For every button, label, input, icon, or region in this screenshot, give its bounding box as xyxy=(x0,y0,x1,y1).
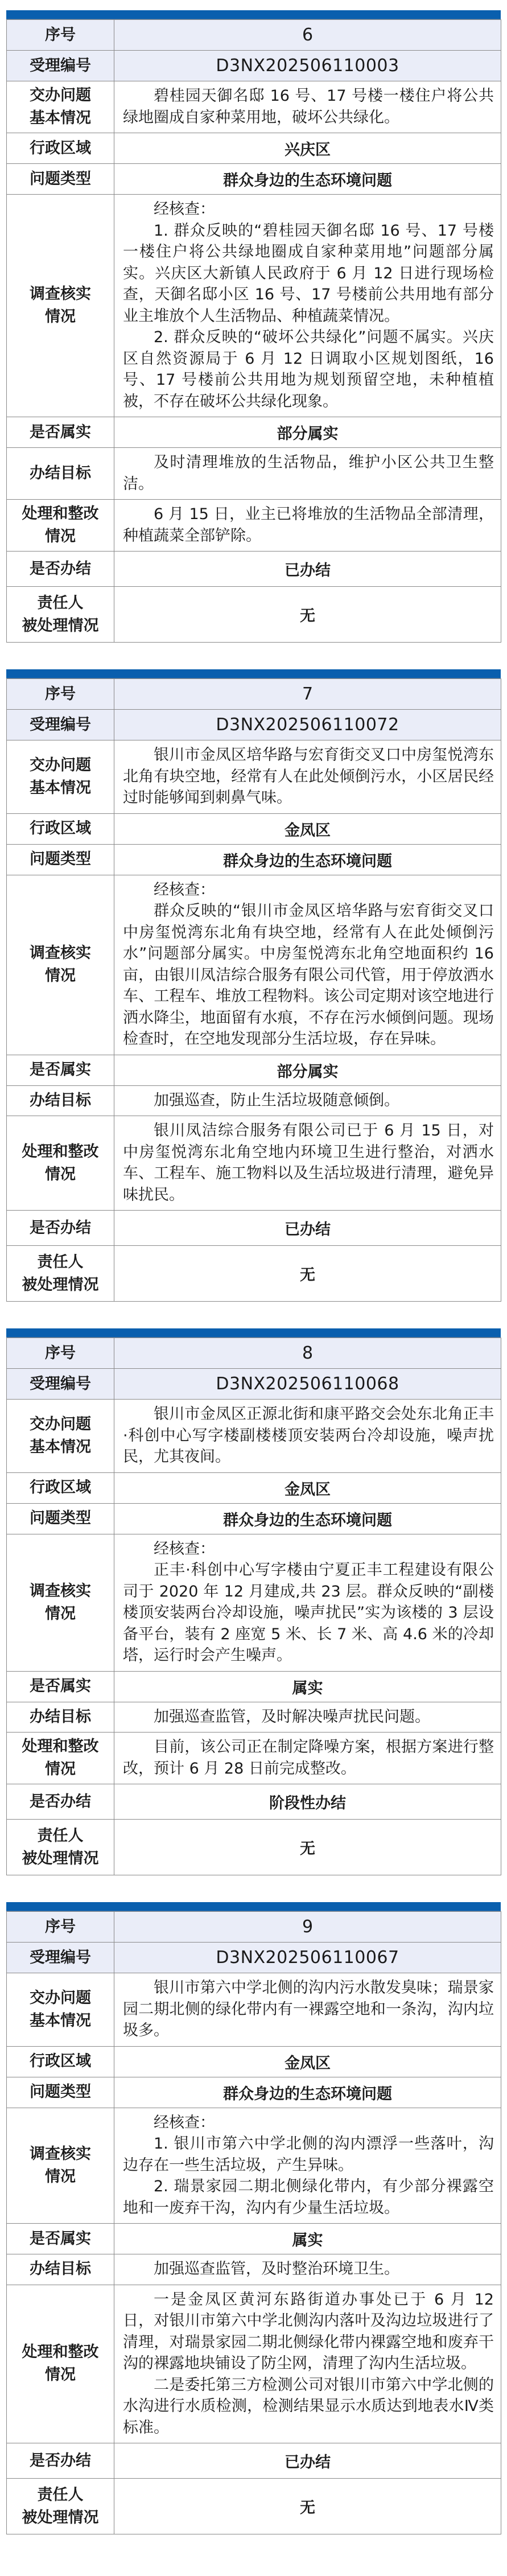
value-target: 及时清理堆放的生活物品，维护小区公共卫生整洁。 xyxy=(114,448,501,500)
value-verified: 部分属实 xyxy=(114,1055,501,1085)
record-header-bar xyxy=(6,10,501,19)
label-investigation-line1: 调查核实 xyxy=(7,942,114,965)
row-case-no: 受理编号 D3NX202506110068 xyxy=(7,1369,501,1400)
paragraph: 2. 群众反映的“破坏公共绿化”问题不属实。兴庆区自然资源局于 6 月 12 日… xyxy=(123,327,494,412)
paragraph: 经核查： xyxy=(123,199,494,220)
row-handling: 处理和整改 情况 银川凤洁综合服务有限公司已于 6 月 15 日，对中房玺悦湾东… xyxy=(7,1116,501,1211)
label-issue-line2: 基本情况 xyxy=(7,107,114,130)
row-serial: 序号 9 xyxy=(7,1912,501,1943)
value-closed: 已办结 xyxy=(114,552,501,587)
label-verified: 是否属实 xyxy=(7,2224,114,2254)
value-district: 兴庆区 xyxy=(114,133,501,164)
paragraph: 加强巡查，防止生活垃圾随意倾倒。 xyxy=(123,1090,494,1112)
row-district: 行政区域 金凤区 xyxy=(7,1472,501,1503)
label-serial: 序号 xyxy=(7,20,114,51)
paragraph: 加强巡查监管，及时解决噪声扰民问题。 xyxy=(123,1706,494,1728)
label-case-no: 受理编号 xyxy=(7,1369,114,1400)
label-handling-line2: 情况 xyxy=(7,1758,114,1781)
value-case-no: D3NX202506110068 xyxy=(114,1369,501,1400)
label-investigation: 调查核实 情况 xyxy=(7,2108,114,2224)
label-closed: 是否办结 xyxy=(7,552,114,587)
record-table: 序号 6 受理编号 D3NX202506110003 交办问题 基本情况 碧桂园… xyxy=(6,19,501,643)
row-verified: 是否属实 属实 xyxy=(7,2224,501,2254)
label-handling-line2: 情况 xyxy=(7,2364,114,2386)
value-investigation: 经核查：1. 银川市第六中学北侧的沟内漂浮一些落叶，沟边存在一些生活垃圾，产生异… xyxy=(114,2108,501,2224)
value-investigation: 经核查：群众反映的“银川市金凤区培华路与宏育街交叉口中房玺悦湾东北角有块空地，经… xyxy=(114,875,501,1055)
label-issue: 交办问题 基本情况 xyxy=(7,740,114,814)
label-issue-line1: 交办问题 xyxy=(7,1413,114,1436)
paragraph: 碧桂园天御名邸 16 号、17 号楼一楼住户将公共绿地圈成自家种菜用地，破坏公共… xyxy=(123,85,494,128)
paragraph: 6 月 15 日，业主已将堆放的生活物品全部清理，种植蔬菜全部铲除。 xyxy=(123,504,494,546)
label-handling: 处理和整改 情况 xyxy=(7,2285,114,2443)
value-closed: 已办结 xyxy=(114,1211,501,1246)
row-issue-type: 问题类型 群众身边的生态环境问题 xyxy=(7,2077,501,2108)
value-case-no: D3NX202506110003 xyxy=(114,51,501,81)
label-issue: 交办问题 基本情况 xyxy=(7,1973,114,2047)
row-verified: 是否属实 属实 xyxy=(7,1671,501,1702)
value-target: 加强巡查监管，及时整治环境卫生。 xyxy=(114,2254,501,2285)
row-issue: 交办问题 基本情况 银川市第六中学北侧的沟内污水散发臭味；瑞景家园二期北侧的绿化… xyxy=(7,1973,501,2047)
value-target: 加强巡查，防止生活垃圾随意倾倒。 xyxy=(114,1085,501,1116)
label-issue-line1: 交办问题 xyxy=(7,754,114,777)
label-closed: 是否办结 xyxy=(7,1784,114,1820)
row-closed: 是否办结 已办结 xyxy=(7,552,501,587)
row-closed: 是否办结 已办结 xyxy=(7,2443,501,2479)
label-serial: 序号 xyxy=(7,1912,114,1943)
label-issue-line1: 交办问题 xyxy=(7,84,114,107)
paragraph: 1. 银川市第六中学北侧的沟内漂浮一些落叶，沟边存在一些生活垃圾，产生异味。 xyxy=(123,2133,494,2176)
row-accountability: 责任人 被处理情况 无 xyxy=(7,1820,501,1875)
row-district: 行政区域 金凤区 xyxy=(7,2046,501,2077)
label-issue-line2: 基本情况 xyxy=(7,777,114,800)
label-serial: 序号 xyxy=(7,1338,114,1369)
value-closed: 已办结 xyxy=(114,2443,501,2479)
row-investigation: 调查核实 情况 经核查：1. 群众反映的“碧桂园天御名邸 16 号、17 号楼一… xyxy=(7,195,501,417)
label-accountability: 责任人 被处理情况 xyxy=(7,587,114,643)
label-district: 行政区域 xyxy=(7,1472,114,1503)
row-investigation: 调查核实 情况 经核查：1. 银川市第六中学北侧的沟内漂浮一些落叶，沟边存在一些… xyxy=(7,2108,501,2224)
value-issue-type: 群众身边的生态环境问题 xyxy=(114,2077,501,2108)
value-district: 金凤区 xyxy=(114,1472,501,1503)
value-serial: 7 xyxy=(114,679,501,710)
value-serial: 8 xyxy=(114,1338,501,1369)
row-serial: 序号 7 xyxy=(7,679,501,710)
label-issue-type: 问题类型 xyxy=(7,2077,114,2108)
paragraph: 1. 群众反映的“碧桂园天御名邸 16 号、17 号楼一楼住户将公共绿地圈成自家… xyxy=(123,220,494,327)
label-district: 行政区域 xyxy=(7,813,114,844)
label-target: 办结目标 xyxy=(7,1702,114,1733)
row-accountability: 责任人 被处理情况 无 xyxy=(7,587,501,643)
paragraph: 正丰·科创中心写字楼由宁夏正丰工程建设有限公司于 2020 年 12 月建成,共… xyxy=(123,1559,494,1666)
value-handling: 一是金凤区黄河东路街道办事处已于 6 月 12 日，对银川市第六中学北侧沟内落叶… xyxy=(114,2285,501,2443)
label-issue-type: 问题类型 xyxy=(7,1503,114,1534)
row-issue: 交办问题 基本情况 银川市金凤区正源北街和康平路交会处东北角正丰·科创中心写字楼… xyxy=(7,1400,501,1473)
row-serial: 序号 6 xyxy=(7,20,501,51)
label-accountability: 责任人 被处理情况 xyxy=(7,1820,114,1875)
row-target: 办结目标 加强巡查监管，及时解决噪声扰民问题。 xyxy=(7,1702,501,1733)
label-target: 办结目标 xyxy=(7,2254,114,2285)
row-investigation: 调查核实 情况 经核查：群众反映的“银川市金凤区培华路与宏育街交叉口中房玺悦湾东… xyxy=(7,875,501,1055)
label-investigation-line1: 调查核实 xyxy=(7,283,114,306)
label-target: 办结目标 xyxy=(7,1085,114,1116)
paragraph: 银川市金凤区正源北街和康平路交会处东北角正丰·科创中心写字楼副楼楼顶安装两台冷却… xyxy=(123,1404,494,1468)
label-serial: 序号 xyxy=(7,679,114,710)
value-district: 金凤区 xyxy=(114,2046,501,2077)
value-issue-type: 群众身边的生态环境问题 xyxy=(114,164,501,195)
row-verified: 是否属实 部分属实 xyxy=(7,417,501,448)
row-target: 办结目标 加强巡查监管，及时整治环境卫生。 xyxy=(7,2254,501,2285)
label-handling: 处理和整改 情况 xyxy=(7,1733,114,1784)
row-verified: 是否属实 部分属实 xyxy=(7,1055,501,1085)
label-closed: 是否办结 xyxy=(7,1211,114,1246)
label-accountability-line2: 被处理情况 xyxy=(7,615,114,637)
record-card: 序号 8 受理编号 D3NX202506110068 交办问题 基本情况 银川市… xyxy=(6,1328,501,1875)
record-table: 序号 9 受理编号 D3NX202506110067 交办问题 基本情况 银川市… xyxy=(6,1911,501,2534)
paragraph: 经核查： xyxy=(123,2112,494,2134)
label-target: 办结目标 xyxy=(7,448,114,500)
value-handling: 目前，该公司正在制定降噪方案，根据方案进行整改，预计 6 月 28 日前完成整改… xyxy=(114,1733,501,1784)
paragraph: 2. 瑞景家园二期北侧绿化带内，有少部分裸露空地和一废弃干沟，沟内有少量生活垃圾… xyxy=(123,2176,494,2219)
value-issue: 碧桂园天御名邸 16 号、17 号楼一楼住户将公共绿地圈成自家种菜用地，破坏公共… xyxy=(114,81,501,133)
value-verified: 属实 xyxy=(114,2224,501,2254)
row-issue: 交办问题 基本情况 碧桂园天御名邸 16 号、17 号楼一楼住户将公共绿地圈成自… xyxy=(7,81,501,133)
label-investigation: 调查核实 情况 xyxy=(7,1534,114,1671)
value-issue: 银川市金凤区正源北街和康平路交会处东北角正丰·科创中心写字楼副楼楼顶安装两台冷却… xyxy=(114,1400,501,1473)
label-investigation-line2: 情况 xyxy=(7,306,114,328)
label-verified: 是否属实 xyxy=(7,417,114,448)
record-table: 序号 7 受理编号 D3NX202506110072 交办问题 基本情况 银川市… xyxy=(6,678,501,1302)
label-handling: 处理和整改 情况 xyxy=(7,500,114,552)
label-handling-line1: 处理和整改 xyxy=(7,1735,114,1758)
paragraph: 经核查： xyxy=(123,1538,494,1560)
value-issue: 银川市第六中学北侧的沟内污水散发臭味；瑞景家园二期北侧的绿化带内有一裸露空地和一… xyxy=(114,1973,501,2047)
label-case-no: 受理编号 xyxy=(7,710,114,740)
record-card: 序号 7 受理编号 D3NX202506110072 交办问题 基本情况 银川市… xyxy=(6,669,501,1302)
label-accountability: 责任人 被处理情况 xyxy=(7,1246,114,1302)
label-issue-line2: 基本情况 xyxy=(7,2010,114,2032)
document-page: 序号 6 受理编号 D3NX202506110003 交办问题 基本情况 碧桂园… xyxy=(0,0,501,2534)
label-district: 行政区域 xyxy=(7,133,114,164)
label-handling-line2: 情况 xyxy=(7,1163,114,1186)
row-issue-type: 问题类型 群众身边的生态环境问题 xyxy=(7,1503,501,1534)
value-accountability: 无 xyxy=(114,1246,501,1302)
record-header-bar xyxy=(6,1902,501,1911)
value-investigation: 经核查：1. 群众反映的“碧桂园天御名邸 16 号、17 号楼一楼住户将公共绿地… xyxy=(114,195,501,417)
row-issue-type: 问题类型 群众身边的生态环境问题 xyxy=(7,844,501,875)
label-investigation-line2: 情况 xyxy=(7,965,114,987)
value-handling: 6 月 15 日，业主已将堆放的生活物品全部清理，种植蔬菜全部铲除。 xyxy=(114,500,501,552)
row-accountability: 责任人 被处理情况 无 xyxy=(7,1246,501,1302)
label-handling-line1: 处理和整改 xyxy=(7,1141,114,1163)
value-accountability: 无 xyxy=(114,1820,501,1875)
paragraph: 银川市金凤区培华路与宏育街交叉口中房玺悦湾东北角有块空地，经常有人在此处倾倒污水… xyxy=(123,744,494,809)
value-handling: 银川凤洁综合服务有限公司已于 6 月 15 日，对中房玺悦湾东北角空地内环境卫生… xyxy=(114,1116,501,1211)
paragraph: 及时清理堆放的生活物品，维护小区公共卫生整洁。 xyxy=(123,452,494,495)
value-accountability: 无 xyxy=(114,587,501,643)
row-accountability: 责任人 被处理情况 无 xyxy=(7,2479,501,2534)
label-accountability-line1: 责任人 xyxy=(7,592,114,615)
record-table: 序号 8 受理编号 D3NX202506110068 交办问题 基本情况 银川市… xyxy=(6,1338,501,1875)
row-handling: 处理和整改 情况 一是金凤区黄河东路街道办事处已于 6 月 12 日，对银川市第… xyxy=(7,2285,501,2443)
label-verified: 是否属实 xyxy=(7,1055,114,1085)
row-target: 办结目标 加强巡查，防止生活垃圾随意倾倒。 xyxy=(7,1085,501,1116)
label-accountability-line2: 被处理情况 xyxy=(7,1847,114,1870)
label-handling: 处理和整改 情况 xyxy=(7,1116,114,1211)
label-district: 行政区域 xyxy=(7,2046,114,2077)
label-investigation-line1: 调查核实 xyxy=(7,1580,114,1603)
label-closed: 是否办结 xyxy=(7,2443,114,2479)
value-issue-type: 群众身边的生态环境问题 xyxy=(114,1503,501,1534)
label-handling-line2: 情况 xyxy=(7,525,114,548)
label-handling-line1: 处理和整改 xyxy=(7,503,114,525)
label-investigation-line2: 情况 xyxy=(7,2166,114,2188)
row-case-no: 受理编号 D3NX202506110072 xyxy=(7,710,501,740)
label-accountability-line2: 被处理情况 xyxy=(7,2507,114,2529)
label-issue-type: 问题类型 xyxy=(7,164,114,195)
record-card: 序号 6 受理编号 D3NX202506110003 交办问题 基本情况 碧桂园… xyxy=(6,10,501,643)
label-accountability-line1: 责任人 xyxy=(7,1251,114,1274)
label-investigation-line2: 情况 xyxy=(7,1603,114,1626)
label-investigation: 调查核实 情况 xyxy=(7,195,114,417)
value-closed: 阶段性办结 xyxy=(114,1784,501,1820)
row-handling: 处理和整改 情况 目前，该公司正在制定降噪方案，根据方案进行整改，预计 6 月 … xyxy=(7,1733,501,1784)
row-investigation: 调查核实 情况 经核查：正丰·科创中心写字楼由宁夏正丰工程建设有限公司于 202… xyxy=(7,1534,501,1671)
label-issue-line2: 基本情况 xyxy=(7,1436,114,1459)
label-issue: 交办问题 基本情况 xyxy=(7,81,114,133)
row-case-no: 受理编号 D3NX202506110003 xyxy=(7,51,501,81)
paragraph: 经核查： xyxy=(123,879,494,901)
row-issue-type: 问题类型 群众身边的生态环境问题 xyxy=(7,164,501,195)
label-accountability: 责任人 被处理情况 xyxy=(7,2479,114,2534)
paragraph: 群众反映的“银川市金凤区培华路与宏育街交叉口中房玺悦湾东北角有块空地，经常有人在… xyxy=(123,900,494,1050)
label-case-no: 受理编号 xyxy=(7,1943,114,1973)
value-case-no: D3NX202506110067 xyxy=(114,1943,501,1973)
label-accountability-line1: 责任人 xyxy=(7,1825,114,1847)
value-target: 加强巡查监管，及时解决噪声扰民问题。 xyxy=(114,1702,501,1733)
value-case-no: D3NX202506110072 xyxy=(114,710,501,740)
record-card: 序号 9 受理编号 D3NX202506110067 交办问题 基本情况 银川市… xyxy=(6,1902,501,2534)
label-issue-type: 问题类型 xyxy=(7,844,114,875)
record-header-bar xyxy=(6,669,501,678)
paragraph: 目前，该公司正在制定降噪方案，根据方案进行整改，预计 6 月 28 日前完成整改… xyxy=(123,1736,494,1779)
row-serial: 序号 8 xyxy=(7,1338,501,1369)
label-investigation: 调查核实 情况 xyxy=(7,875,114,1055)
row-district: 行政区域 金凤区 xyxy=(7,813,501,844)
value-verified: 部分属实 xyxy=(114,417,501,448)
label-accountability-line2: 被处理情况 xyxy=(7,1274,114,1297)
value-serial: 6 xyxy=(114,20,501,51)
value-verified: 属实 xyxy=(114,1671,501,1702)
paragraph: 二是委托第三方检测公司对银川市第六中学北侧的水沟进行水质检测，检测结果显示水质达… xyxy=(123,2375,494,2439)
label-handling-line1: 处理和整改 xyxy=(7,2341,114,2364)
row-closed: 是否办结 已办结 xyxy=(7,1211,501,1246)
paragraph: 银川市第六中学北侧的沟内污水散发臭味；瑞景家园二期北侧的绿化带内有一裸露空地和一… xyxy=(123,1977,494,2042)
value-issue: 银川市金凤区培华路与宏育街交叉口中房玺悦湾东北角有块空地，经常有人在此处倾倒污水… xyxy=(114,740,501,814)
value-issue-type: 群众身边的生态环境问题 xyxy=(114,844,501,875)
label-verified: 是否属实 xyxy=(7,1671,114,1702)
record-header-bar xyxy=(6,1328,501,1338)
row-target: 办结目标 及时清理堆放的生活物品，维护小区公共卫生整洁。 xyxy=(7,448,501,500)
label-accountability-line1: 责任人 xyxy=(7,2484,114,2507)
value-investigation: 经核查：正丰·科创中心写字楼由宁夏正丰工程建设有限公司于 2020 年 12 月… xyxy=(114,1534,501,1671)
value-district: 金凤区 xyxy=(114,813,501,844)
row-closed: 是否办结 阶段性办结 xyxy=(7,1784,501,1820)
label-issue-line1: 交办问题 xyxy=(7,1987,114,2010)
label-investigation-line1: 调查核实 xyxy=(7,2143,114,2166)
paragraph: 银川凤洁综合服务有限公司已于 6 月 15 日，对中房玺悦湾东北角空地内环境卫生… xyxy=(123,1120,494,1205)
value-serial: 9 xyxy=(114,1912,501,1943)
label-case-no: 受理编号 xyxy=(7,51,114,81)
row-case-no: 受理编号 D3NX202506110067 xyxy=(7,1943,501,1973)
label-issue: 交办问题 基本情况 xyxy=(7,1400,114,1473)
row-handling: 处理和整改 情况 6 月 15 日，业主已将堆放的生活物品全部清理，种植蔬菜全部… xyxy=(7,500,501,552)
paragraph: 一是金凤区黄河东路街道办事处已于 6 月 12 日，对银川市第六中学北侧沟内落叶… xyxy=(123,2289,494,2375)
value-accountability: 无 xyxy=(114,2479,501,2534)
row-issue: 交办问题 基本情况 银川市金凤区培华路与宏育街交叉口中房玺悦湾东北角有块空地，经… xyxy=(7,740,501,814)
row-district: 行政区域 兴庆区 xyxy=(7,133,501,164)
paragraph: 加强巡查监管，及时整治环境卫生。 xyxy=(123,2258,494,2280)
